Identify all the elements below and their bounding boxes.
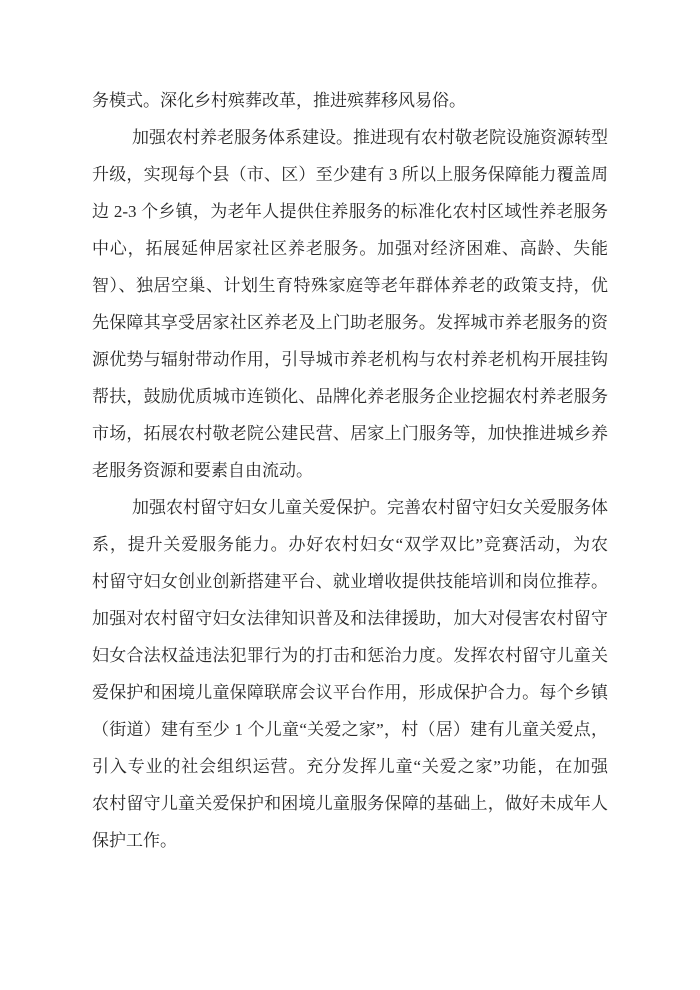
text-line: 保护工作。 — [92, 822, 608, 859]
text-line: 升级，实现每个县（市、区）至少建有 3 所以上服务保障能力覆盖周 — [92, 156, 608, 193]
text-line: 先保障其享受居家社区养老及上门助老服务。发挥城市养老服务的资 — [92, 304, 608, 341]
text-line: 加强农村留守妇女儿童关爱保护。完善农村留守妇女关爱服务体 — [92, 489, 608, 526]
text-line: 边 2-3 个乡镇，为老年人提供住养服务的标准化农村区域性养老服务 — [92, 193, 608, 230]
text-line: 老服务资源和要素自由流动。 — [92, 452, 608, 489]
text-line: 务模式。深化乡村殡葬改革，推进殡葬移风易俗。 — [92, 82, 608, 119]
text-line: 妇女合法权益违法犯罪行为的打击和惩治力度。发挥农村留守儿童关 — [92, 637, 608, 674]
text-line: 加强对农村留守妇女法律知识普及和法律援助，加大对侵害农村留守 — [92, 600, 608, 637]
text-line: 源优势与辐射带动作用，引导城市养老机构与农村养老机构开展挂钩 — [92, 341, 608, 378]
text-line: 市场，拓展农村敬老院公建民营、居家上门服务等，加快推进城乡养 — [92, 415, 608, 452]
text-line: 村留守妇女创业创新搭建平台、就业增收提供技能培训和岗位推荐。 — [92, 563, 608, 600]
text-line: 爱保护和困境儿童保障联席会议平台作用，形成保护合力。每个乡镇 — [92, 674, 608, 711]
text-line: 引入专业的社会组织运营。充分发挥儿童“关爱之家”功能，在加强 — [92, 748, 608, 785]
document-page: 务模式。深化乡村殡葬改革，推进殡葬移风易俗。 加强农村养老服务体系建设。推进现有… — [0, 0, 700, 990]
text-line: 帮扶，鼓励优质城市连锁化、品牌化养老服务企业挖掘农村养老服务 — [92, 378, 608, 415]
text-line: 系，提升关爱服务能力。办好农村妇女“双学双比”竞赛活动，为农 — [92, 526, 608, 563]
text-line: 智）、独居空巢、计划生育特殊家庭等老年群体养老的政策支持，优 — [92, 267, 608, 304]
text-line: 中心，拓展延伸居家社区养老服务。加强对经济困难、高龄、失能（失 — [92, 230, 608, 267]
text-line: （街道）建有至少 1 个儿童“关爱之家”，村（居）建有儿童关爱点， — [92, 711, 608, 748]
document-text-block: 务模式。深化乡村殡葬改革，推进殡葬移风易俗。 加强农村养老服务体系建设。推进现有… — [92, 82, 608, 859]
text-line: 农村留守儿童关爱保护和困境儿童服务保障的基础上，做好未成年人 — [92, 785, 608, 822]
text-line: 加强农村养老服务体系建设。推进现有农村敬老院设施资源转型 — [92, 119, 608, 156]
